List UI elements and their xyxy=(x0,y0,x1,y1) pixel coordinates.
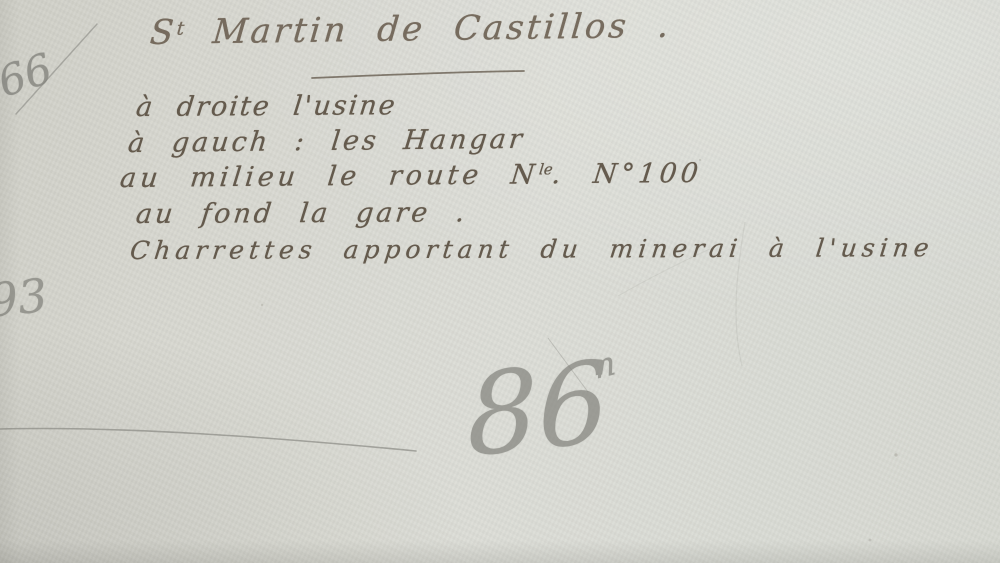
line3-post: . N°100 xyxy=(550,158,703,190)
body-line-left: à gauch : les Hangar xyxy=(127,124,527,159)
body-line-right: à droite l'usine xyxy=(134,90,398,123)
pencil-number-large: 86n xyxy=(466,337,610,482)
pencil-number-left: 93 xyxy=(0,268,50,328)
body-line-middle: au milieu le route Nle. N°100 xyxy=(118,158,703,194)
title-rest: Martin de Castillos . xyxy=(182,6,673,53)
title-underline xyxy=(312,71,524,78)
paper-speck xyxy=(869,539,872,542)
title-pre: S xyxy=(148,13,178,53)
paper-speck xyxy=(261,304,263,306)
line3-pre: au milieu le route N xyxy=(118,159,540,194)
pencil-horizontal-line xyxy=(0,429,416,451)
paper-speck xyxy=(894,453,897,456)
pencil-number-top-left: 66 xyxy=(0,43,58,106)
note-title: St Martin de Castillos . xyxy=(148,6,673,53)
large-number-digits: 86 xyxy=(466,337,610,482)
handwritten-note-back: St Martin de Castillos . à droite l'usin… xyxy=(0,0,1000,563)
body-line-carts: Charrettes apportant du minerai à l'usin… xyxy=(129,233,936,265)
body-line-background: au fond la gare . xyxy=(134,197,469,230)
